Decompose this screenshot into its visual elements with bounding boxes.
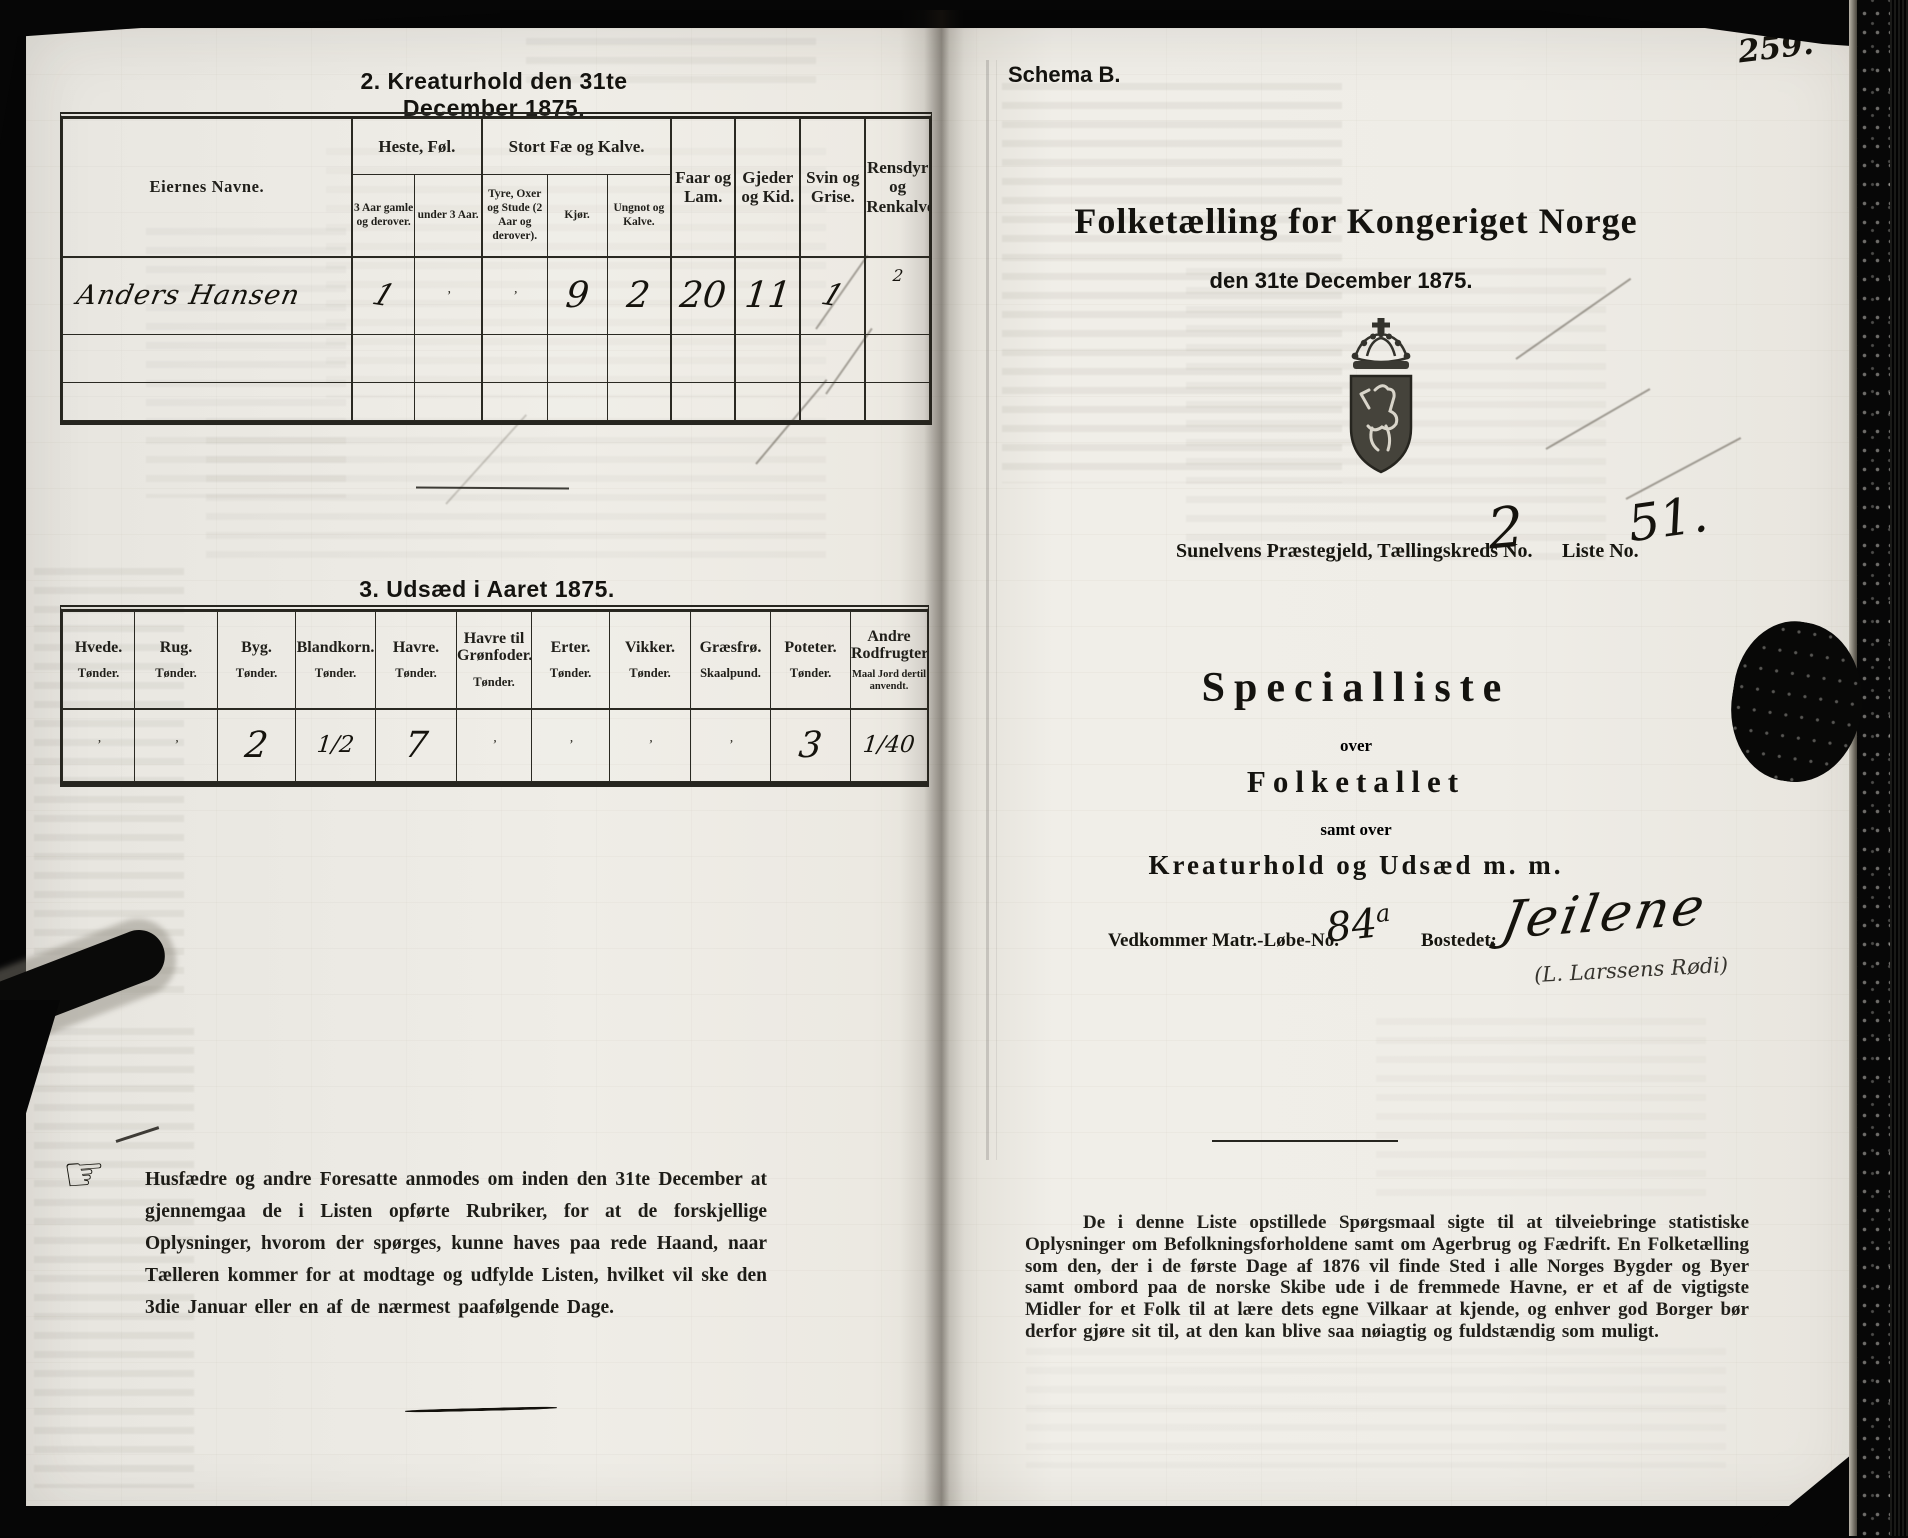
bleedthrough-block xyxy=(206,418,826,568)
main-title: Folketælling for Kongeriget Norge xyxy=(1066,200,1646,242)
seed-table: Hvede.Tønder. Rug.Tønder. Byg.Tønder. Bl… xyxy=(60,605,929,787)
subtitle-folketallet: Folketallet xyxy=(1106,764,1606,800)
table-row: Anders Hansen 1 ’ ’ 9 2 20 11 1 2 xyxy=(63,257,930,335)
col-byg: Byg. xyxy=(218,639,295,657)
ink-dash xyxy=(416,486,569,489)
pigs-value: 1 xyxy=(817,277,849,314)
col-blandkorn-unit: Tønder. xyxy=(296,666,375,681)
horses-group-header: Heste, Føl. xyxy=(352,119,482,175)
table-row-empty xyxy=(63,383,930,421)
horses-over3-subheader: 3 Aar gamle og derover. xyxy=(352,175,415,257)
district-line: Sunelvens Præstegjeld, Tællingskreds No. xyxy=(1176,540,1533,563)
col-erter-unit: Tønder. xyxy=(532,666,609,681)
subtitle-samt-over: samt over xyxy=(1106,820,1606,840)
young-cattle-value: 2 xyxy=(625,275,652,316)
info-paragraph: De i denne Liste opstillede Spørgsmaal s… xyxy=(1025,1212,1749,1343)
ink-flourish xyxy=(116,1126,160,1143)
bosted-label: Bostedet: xyxy=(1421,930,1497,952)
photo-edge-bottom xyxy=(0,1506,1908,1536)
col-vikker-unit: Tønder. xyxy=(610,666,690,681)
rodfrugter-value: 1/40 xyxy=(862,732,916,758)
page-crease xyxy=(996,60,997,1160)
col-erter: Erter. xyxy=(532,639,609,657)
horses-under3-value: ’ xyxy=(446,289,451,304)
col-havre: Havre. xyxy=(376,639,456,657)
matr-no-handwritten: 84a xyxy=(1324,899,1394,952)
matr-label: Vedkommer Matr.-Løbe-No. xyxy=(1108,930,1339,952)
bleedthrough-scrawl xyxy=(1515,278,1631,360)
manicule-icon: ☞ xyxy=(61,1145,108,1204)
col-byg-unit: Tønder. xyxy=(218,666,295,681)
col-poteter-unit: Tønder. xyxy=(771,666,850,681)
livestock-table: Eiernes Navne. Heste, Føl. Stort Fæ og K… xyxy=(60,112,932,425)
coat-of-arms-icon xyxy=(1331,316,1431,490)
cattle-group-header: Stort Fæ og Kalve. xyxy=(482,119,671,175)
date-line: den 31te December 1875. xyxy=(1166,268,1516,294)
seed-table-grid: Hvede.Tønder. Rug.Tønder. Byg.Tønder. Bl… xyxy=(62,611,928,782)
col-hvede-unit: Tønder. xyxy=(63,666,134,681)
bosted-note-handwritten: (L. Larssens Rødi) xyxy=(1534,953,1729,987)
cows-subheader: Kjør. xyxy=(547,175,607,257)
seed-value-row: ’ ’ 2 1/2 7 ’ ’ ’ ’ 3 1/40 xyxy=(63,709,928,782)
col-graesfro: Græsfrø. xyxy=(691,639,770,657)
col-rodfrugter: Andre Rodfrugter. xyxy=(851,628,927,663)
bosted-handwritten: Jeilene xyxy=(1497,877,1712,951)
bulls-oxen-subheader: Tyre, Oxer og Stude (2 Aar og derover). xyxy=(482,175,547,257)
pigs-header: Svin og Grise. xyxy=(800,119,865,257)
goats-value: 11 xyxy=(743,275,793,316)
bleedthrough-block xyxy=(1376,1018,1706,1198)
graesfro-value: ’ xyxy=(728,738,733,753)
havre-gronfoder-value: ’ xyxy=(492,738,497,753)
col-blandkorn: Blandkorn. xyxy=(296,639,375,657)
photo-edge-top xyxy=(470,0,1570,10)
page-crease xyxy=(986,60,989,1160)
matr-no-suffix: a xyxy=(1374,899,1391,928)
vikker-value: ’ xyxy=(648,738,653,753)
paper-spread: 2. Kreaturhold den 31te December 1875. E… xyxy=(26,28,1862,1516)
horses-over3-value: 1 xyxy=(368,277,400,314)
liste-no-handwritten: 51. xyxy=(1624,485,1711,554)
col-rug: Rug. xyxy=(135,639,217,657)
photo-edge-left-top xyxy=(0,24,20,144)
erter-value: ’ xyxy=(568,738,573,753)
col-hvede: Hvede. xyxy=(63,639,134,657)
horizontal-rule xyxy=(1212,1140,1398,1142)
owner-name-header: Eiernes Navne. xyxy=(63,119,352,257)
bleedthrough-scrawl xyxy=(1546,388,1651,450)
liste-label: Liste No. xyxy=(1562,540,1639,563)
col-rodfrugter-unit: Maal Jord dertil anvendt. xyxy=(851,669,927,692)
reindeer-header: Rensdyr og Renkalve. xyxy=(865,119,929,257)
district-no-handwritten: 2 xyxy=(1485,495,1526,563)
poteter-value: 3 xyxy=(797,725,824,766)
havre-value: 7 xyxy=(402,725,429,766)
reindeer-value: 2 xyxy=(892,266,904,285)
page-stack-edge xyxy=(1849,0,1857,1536)
matr-no-main: 84 xyxy=(1324,901,1379,952)
col-havre-unit: Tønder. xyxy=(376,666,456,681)
blandkorn-value: 1/2 xyxy=(316,732,356,758)
horses-under3-subheader: under 3 Aar. xyxy=(415,175,482,257)
livestock-table-grid: Eiernes Navne. Heste, Føl. Stort Fæ og K… xyxy=(62,118,930,421)
subtitle-over: over xyxy=(1106,736,1606,756)
byg-value: 2 xyxy=(243,725,270,766)
young-cattle-subheader: Ungnot og Kalve. xyxy=(607,175,671,257)
col-havre-gronfoder-unit: Tønder. xyxy=(457,675,531,690)
notice-paragraph: Husfædre og andre Foresatte anmodes om i… xyxy=(145,1164,767,1324)
sheep-value: 20 xyxy=(678,275,728,316)
rug-value: ’ xyxy=(174,738,179,753)
table-row-empty xyxy=(63,335,930,383)
col-graesfro-unit: Skaalpund. xyxy=(691,666,770,681)
col-poteter: Poteter. xyxy=(771,639,850,657)
ink-scribble xyxy=(405,1406,557,1413)
owner-name-value: Anders Hansen xyxy=(74,280,303,311)
sheep-header: Faar og Lam. xyxy=(671,119,735,257)
scanned-book-spread: 2. Kreaturhold den 31te December 1875. E… xyxy=(0,0,1908,1536)
col-rug-unit: Tønder. xyxy=(135,666,217,681)
seed-table-title: 3. Udsæd i Aaret 1875. xyxy=(337,576,637,603)
bleedthrough-scrawl xyxy=(445,414,527,505)
schema-label: Schema B. xyxy=(1008,62,1121,88)
cows-value: 9 xyxy=(563,275,590,316)
hvede-value: ’ xyxy=(96,738,101,753)
col-vikker: Vikker. xyxy=(610,639,690,657)
bleedthrough-block xyxy=(1026,1348,1726,1468)
bulls-oxen-value: ’ xyxy=(512,289,517,304)
subtitle-specialliste: Specialliste xyxy=(1106,664,1606,712)
book-spine-edge xyxy=(1890,0,1908,1536)
subtitle-kreaturhold: Kreaturhold og Udsæd m. m. xyxy=(1106,850,1606,881)
col-havre-gronfoder: Havre til Grønfoder. xyxy=(457,630,531,665)
goats-header: Gjeder og Kid. xyxy=(735,119,800,257)
